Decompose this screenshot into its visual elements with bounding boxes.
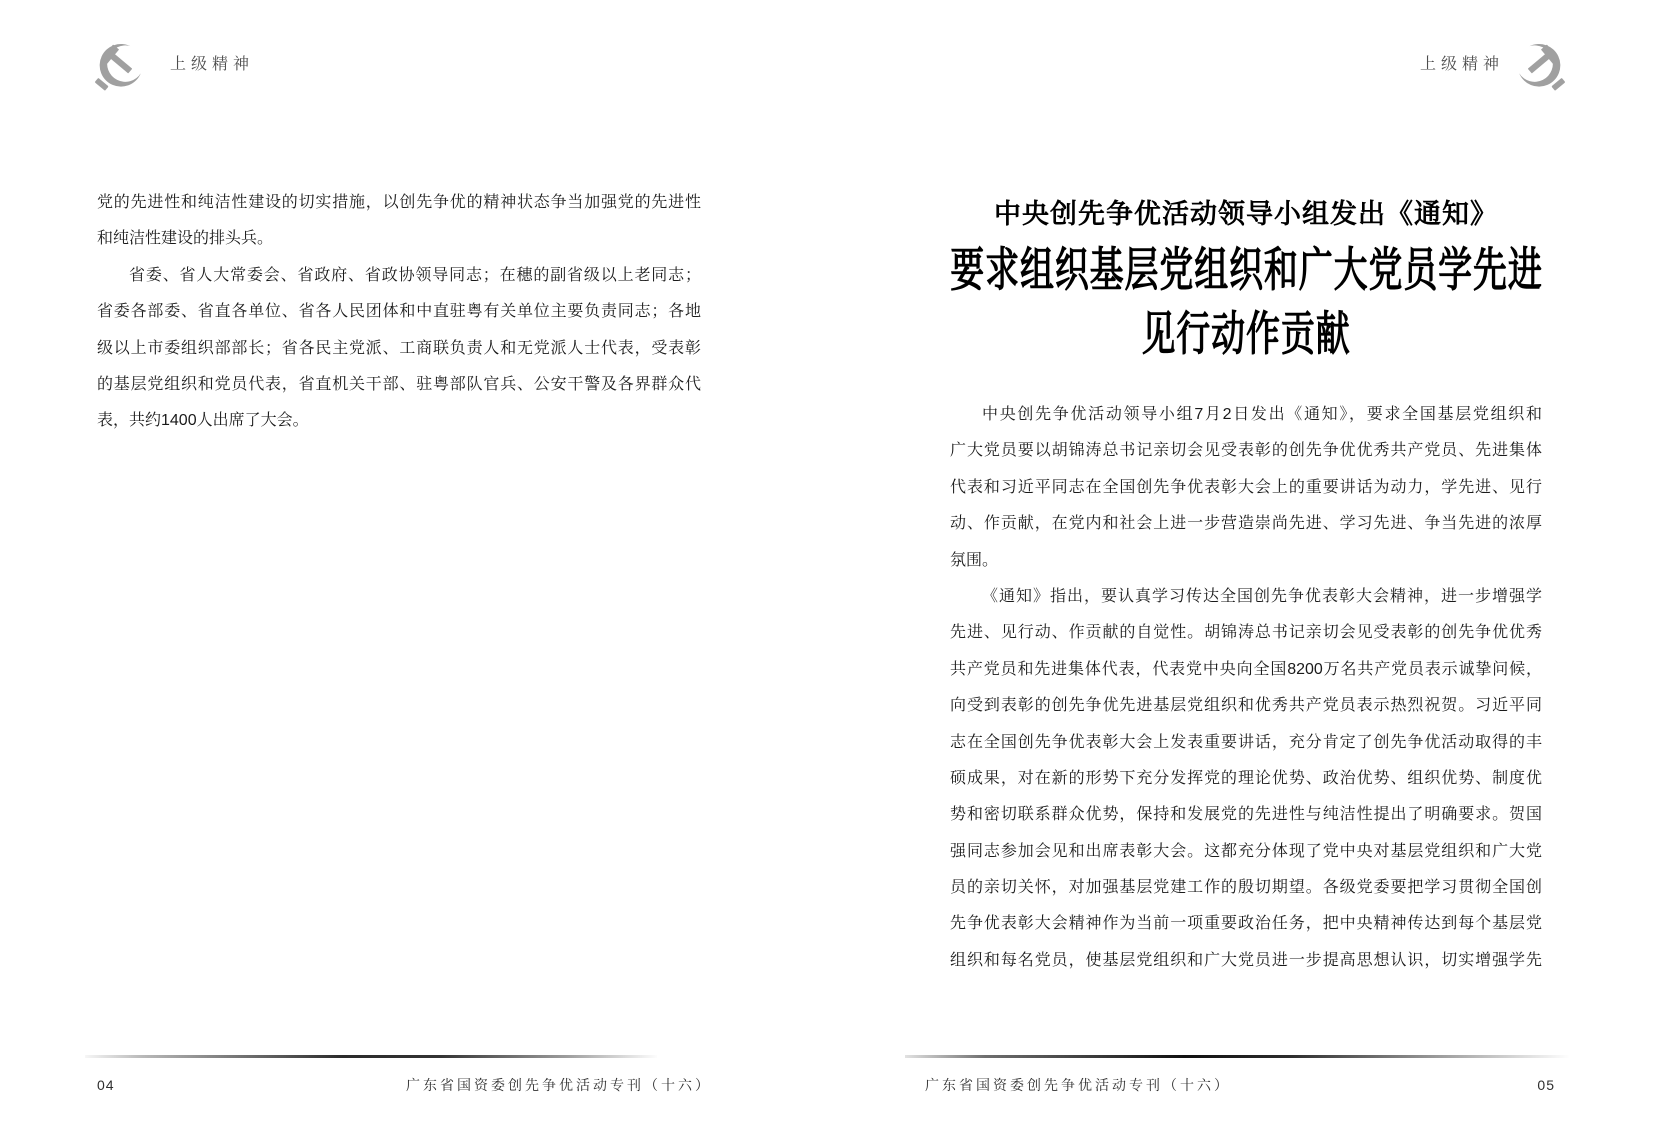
- text-line: 中央创先争优活动领导小组7月2日发出《通知》，要求全国基层党组织和: [950, 397, 1542, 433]
- text-line: 代表和习近平同志在全国创先争优表彰大会上的重要讲话为动力，学先进、见行: [950, 470, 1542, 506]
- text-line: 向受到表彰的创先争优先进基层党组织和优秀共产党员表示热烈祝贺。习近平同: [950, 688, 1542, 724]
- paragraph: 党的先进性和纯洁性建设的切实措施，以创先争优的精神状态争当加强党的先进性和纯洁性…: [97, 185, 701, 258]
- text-line: 势和密切联系群众优势，保持和发展党的先进性与纯洁性提出了明确要求。贺国: [950, 797, 1542, 833]
- party-emblem-icon: [1514, 42, 1566, 94]
- journal-title-left: 广东省国资委创先争优活动专刊（十六）: [406, 1075, 712, 1095]
- section-label-right: 上级精神: [1420, 55, 1504, 75]
- page-number-left: 04: [97, 1077, 115, 1093]
- text-line: 先争优表彰大会精神作为当前一项重要政治任务，把中央精神传达到每个基层党: [950, 906, 1542, 942]
- text-line: 省委各部委、省直各单位、省各人民团体和中直驻粤有关单位主要负责同志；各地: [97, 294, 701, 330]
- paragraph: 省委、省人大常委会、省政府、省政协领导同志；在穗的副省级以上老同志；省委各部委、…: [97, 258, 701, 440]
- article-kicker: 中央创先争优活动领导小组发出《通知》: [950, 196, 1542, 232]
- text-line: 党的先进性和纯洁性建设的切实措施，以创先争优的精神状态争当加强党的先进性: [97, 185, 701, 221]
- text-line: 员的亲切关怀，对加强基层党建工作的殷切期望。各级党委要把学习贯彻全国创: [950, 870, 1542, 906]
- article-title-line-1: 要求组织基层党组织和广大党员学先进: [950, 236, 1542, 296]
- text-line: 先进、见行动、作贡献的自觉性。胡锦涛总书记亲切会见受表彰的创先争优优秀: [950, 615, 1542, 651]
- left-page-body: 党的先进性和纯洁性建设的切实措施，以创先争优的精神状态争当加强党的先进性和纯洁性…: [97, 185, 701, 440]
- text-line: 和纯洁性建设的排头兵。: [97, 221, 701, 257]
- text-line: 《通知》指出，要认真学习传达全国创先争优表彰大会精神，进一步增强学: [950, 579, 1542, 615]
- text-line: 氛围。: [950, 543, 1542, 579]
- text-line: 表，共约1400人出席了大会。: [97, 403, 701, 439]
- text-line: 级以上市委组织部部长；省各民主党派、工商联负责人和无党派人士代表，受表彰: [97, 331, 701, 367]
- footer-right: 广东省国资委创先争优活动专刊（十六） 05: [925, 1076, 1555, 1094]
- article-title-line-2: 见行动作贡献: [950, 300, 1542, 360]
- text-line: 的基层党组织和党员代表，省直机关干部、驻粤部队官兵、公安干警及各界群众代: [97, 367, 701, 403]
- paragraph: 《通知》指出，要认真学习传达全国创先争优表彰大会精神，进一步增强学先进、见行动、…: [950, 579, 1542, 979]
- footer-rule-right: [905, 1055, 1570, 1058]
- text-line: 共产党员和先进集体代表，代表党中央向全国8200万名共产党员表示诚挚问候，: [950, 652, 1542, 688]
- footer-rule-left: [85, 1055, 657, 1058]
- party-emblem-icon: [94, 42, 146, 94]
- text-line: 动、作贡献，在党内和社会上进一步营造崇尚先进、学习先进、争当先进的浓厚: [950, 506, 1542, 542]
- text-line: 强同志参加会见和出席表彰大会。这都充分体现了党中央对基层党组织和广大党: [950, 834, 1542, 870]
- journal-title-right: 广东省国资委创先争优活动专刊（十六）: [925, 1075, 1231, 1095]
- right-page-body: 中央创先争优活动领导小组7月2日发出《通知》，要求全国基层党组织和广大党员要以胡…: [950, 397, 1542, 979]
- text-line: 组织和每名党员，使基层党组织和广大党员进一步提高思想认识，切实增强学先: [950, 943, 1542, 979]
- text-line: 省委、省人大常委会、省政府、省政协领导同志；在穗的副省级以上老同志；: [97, 258, 701, 294]
- paragraph: 中央创先争优活动领导小组7月2日发出《通知》，要求全国基层党组织和广大党员要以胡…: [950, 397, 1542, 579]
- text-line: 广大党员要以胡锦涛总书记亲切会见受表彰的创先争优优秀共产党员、先进集体: [950, 433, 1542, 469]
- article-heading: 中央创先争优活动领导小组发出《通知》 要求组织基层党组织和广大党员学先进 见行动…: [950, 196, 1542, 360]
- text-line: 硕成果，对在新的形势下充分发挥党的理论优势、政治优势、组织优势、制度优: [950, 761, 1542, 797]
- section-label-left: 上级精神: [170, 55, 254, 75]
- footer-left: 04 广东省国资委创先争优活动专刊（十六）: [97, 1076, 712, 1094]
- text-line: 志在全国创先争优表彰大会上发表重要讲话，充分肯定了创先争优活动取得的丰: [950, 725, 1542, 761]
- page-number-right: 05: [1537, 1077, 1555, 1093]
- magazine-spread: 上级精神 上级精神 党的先进性和纯洁性建设的切实措施，以创先争优的精神状态争当加…: [0, 0, 1654, 1130]
